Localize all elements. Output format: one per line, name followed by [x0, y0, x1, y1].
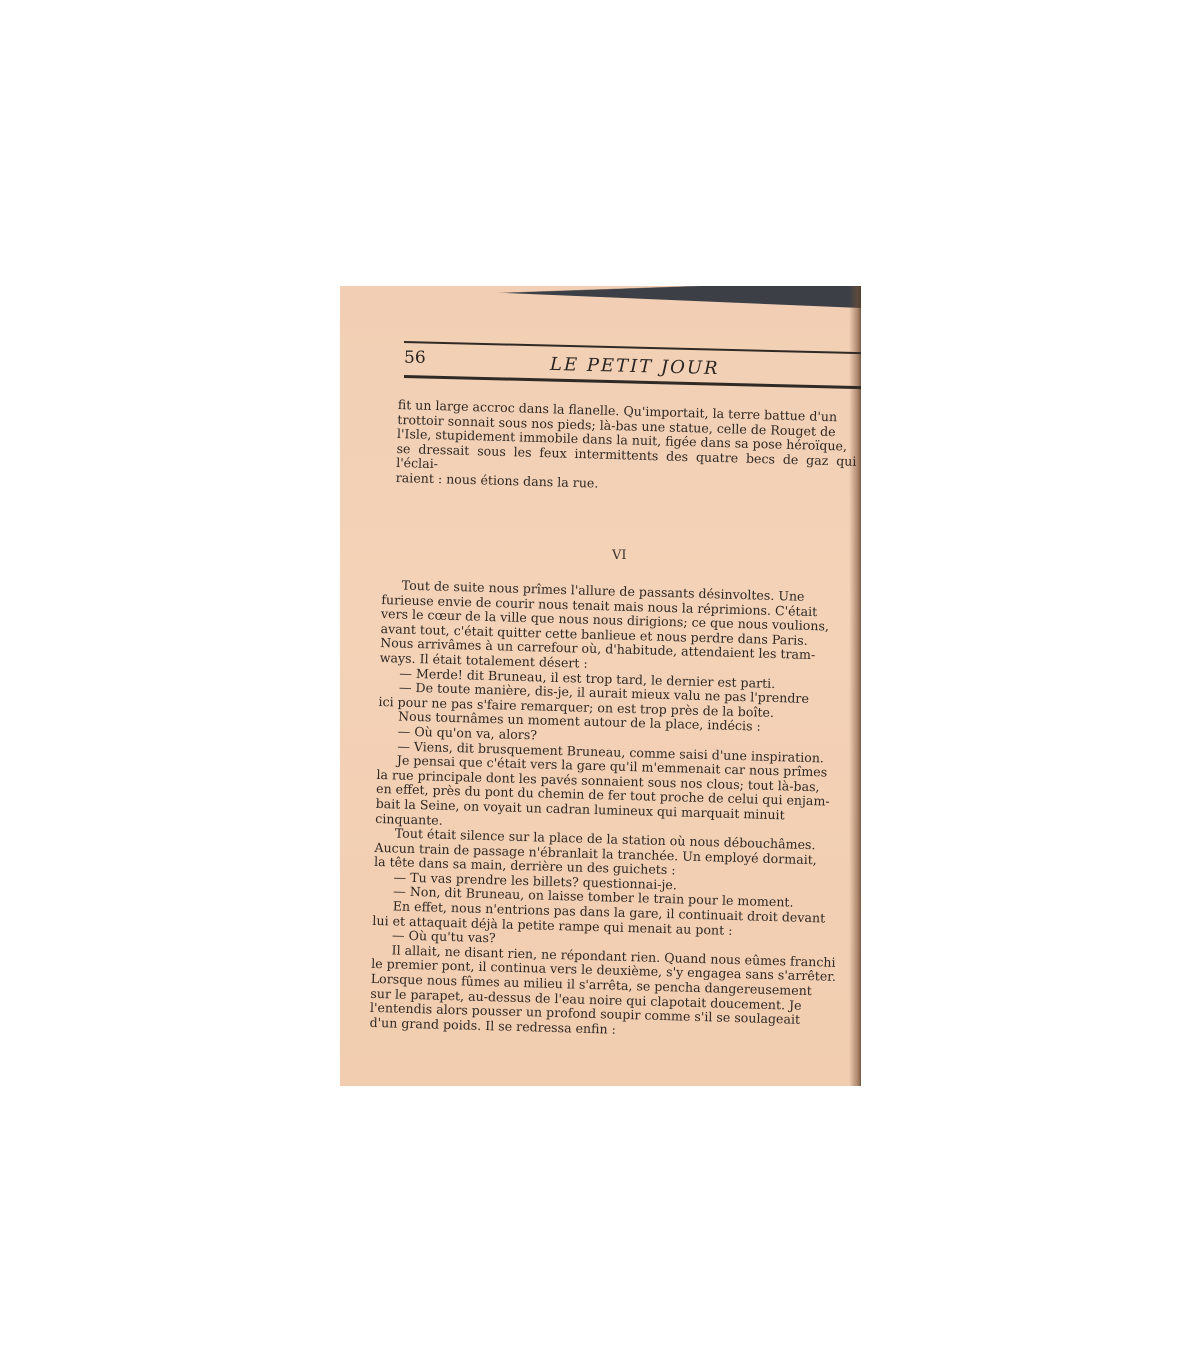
page-number: 56	[404, 348, 426, 368]
page-gutter-shadow	[849, 286, 861, 1086]
book-page: 56 LE PETIT JOUR fit un large accroc dan…	[340, 286, 861, 1086]
scan-background-edge	[340, 286, 861, 308]
chapter-body: Tout de suite nous prîmes l'allure de pa…	[369, 578, 847, 1043]
header-rule-bottom	[404, 375, 861, 389]
chapter-heading: VI	[612, 548, 627, 563]
opening-paragraph: fit un large accroc dans la flanelle. Qu…	[396, 398, 858, 498]
header-rule-top	[404, 341, 861, 354]
running-title: LE PETIT JOUR	[550, 354, 720, 379]
